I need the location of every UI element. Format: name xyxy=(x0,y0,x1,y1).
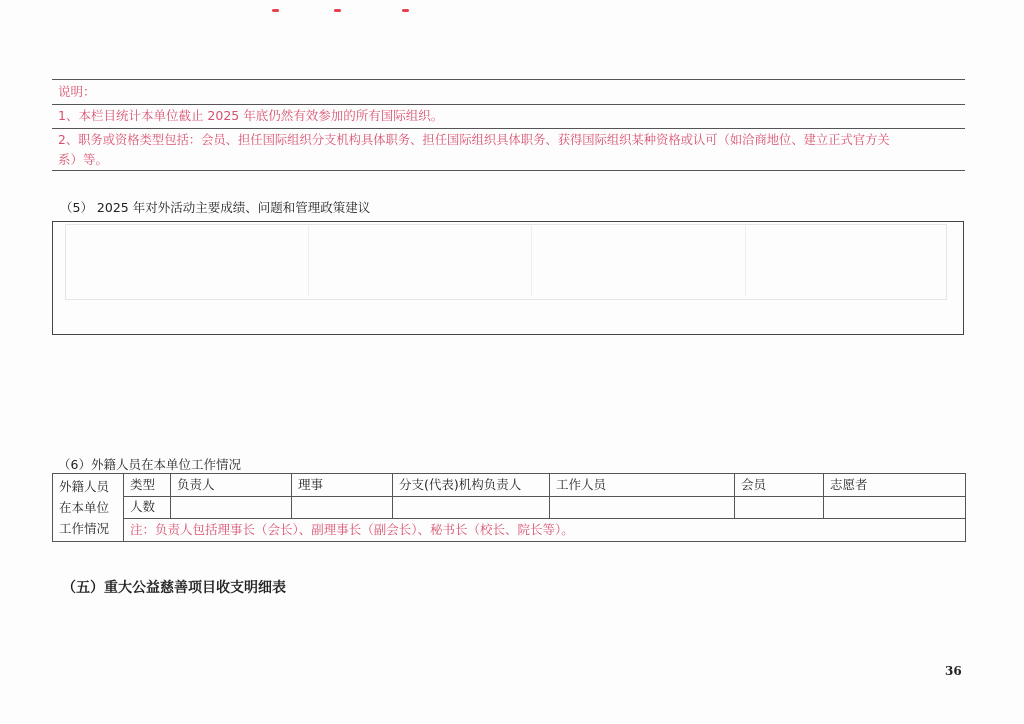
notes-heading: 说明： xyxy=(58,82,96,102)
bleed-through-line xyxy=(308,226,309,296)
count-branch-leader[interactable] xyxy=(393,496,550,519)
type-label: 类型 xyxy=(124,474,171,497)
bleed-through-line xyxy=(531,226,532,296)
bleed-through-line xyxy=(745,226,746,296)
col-header-leader: 负责人 xyxy=(171,474,292,497)
col-header-volunteer: 志愿者 xyxy=(824,474,966,497)
divider xyxy=(52,170,965,171)
section-6-title: （6）外籍人员在本单位工作情况 xyxy=(58,455,241,473)
row-header: 外籍人员在本单位工作情况 xyxy=(53,474,124,542)
notes-item-2-line-1: 2、职务或资格类型包括：会员、担任国际组织分支机构具体职务、担任国际组织具体职务… xyxy=(58,130,890,150)
section-5-title: （5） 2025 年对外活动主要成绩、问题和管理政策建议 xyxy=(60,198,370,216)
count-staff[interactable] xyxy=(550,496,735,519)
count-director[interactable] xyxy=(292,496,393,519)
table-note: 注：负责人包括理事长（会长）、副理事长（副会长）、秘书长（校长、院长等）。 xyxy=(124,519,966,542)
binding-mark xyxy=(402,9,409,12)
divider xyxy=(52,128,965,129)
section-5-textbox[interactable] xyxy=(52,221,964,335)
binding-mark xyxy=(334,9,341,12)
count-volunteer[interactable] xyxy=(824,496,966,519)
col-header-branch-leader: 分支(代表)机构负责人 xyxy=(393,474,550,497)
col-header-director: 理事 xyxy=(292,474,393,497)
divider xyxy=(52,104,965,105)
foreign-staff-table: 外籍人员在本单位工作情况 类型 负责人 理事 分支(代表)机构负责人 工作人员 … xyxy=(52,473,966,542)
bleed-through-table xyxy=(65,224,947,300)
col-header-member: 会员 xyxy=(735,474,824,497)
divider xyxy=(52,79,965,80)
notes-item-1: 1、本栏目统计本单位截止 2025 年底仍然有效参加的所有国际组织。 xyxy=(58,106,443,126)
section-five-title: （五）重大公益慈善项目收支明细表 xyxy=(62,577,286,597)
count-member[interactable] xyxy=(735,496,824,519)
notes-item-2-line-2: 系）等。 xyxy=(58,150,108,170)
binding-mark xyxy=(272,9,279,12)
page-number: 36 xyxy=(945,664,962,678)
count-label: 人数 xyxy=(124,496,171,519)
col-header-staff: 工作人员 xyxy=(550,474,735,497)
count-leader[interactable] xyxy=(171,496,292,519)
